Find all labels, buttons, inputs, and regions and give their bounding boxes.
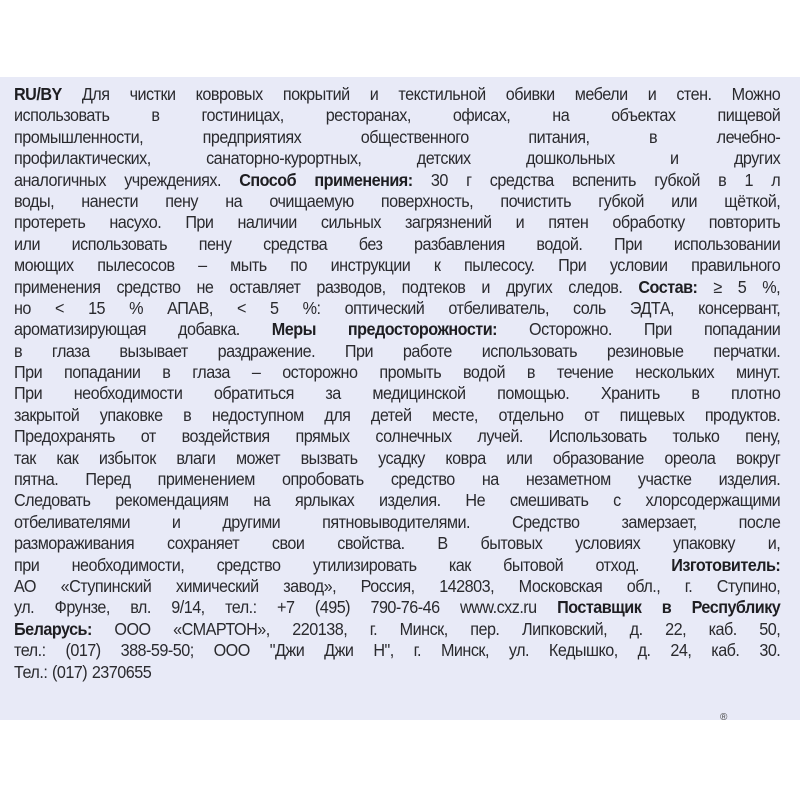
word: опробовать xyxy=(282,469,364,490)
word: Минск, xyxy=(441,640,489,661)
word: но xyxy=(14,298,31,319)
word: губкой xyxy=(598,191,644,212)
text-line: Принеобходимостиобратитьсязамедицинскойп… xyxy=(14,383,780,404)
word: попадании xyxy=(64,362,140,383)
word: 2370655 xyxy=(92,662,151,683)
word: 5 xyxy=(738,277,746,298)
word: 388-59-50; xyxy=(121,640,194,661)
word: использовать xyxy=(482,341,577,362)
word: Не xyxy=(465,490,485,511)
word: нанести xyxy=(81,191,138,212)
word: и xyxy=(516,212,525,233)
word: +7 xyxy=(277,597,294,618)
word: При xyxy=(644,319,672,340)
word: на xyxy=(552,105,569,126)
word: средство xyxy=(116,277,180,298)
word: щёткой, xyxy=(724,191,780,212)
word: лучей. xyxy=(477,426,522,447)
word: – xyxy=(198,255,206,276)
word: как xyxy=(449,555,471,576)
word: изделия. xyxy=(379,490,441,511)
word: условии xyxy=(610,255,668,276)
text-line: использоватьвгостиницах,ресторанах,офиса… xyxy=(14,105,780,126)
word: незаметном xyxy=(526,469,611,490)
text-line: закрытойупаковкевнедоступномдлядетеймест… xyxy=(14,405,780,426)
word: детских xyxy=(417,148,471,169)
word: и xyxy=(648,84,657,105)
word: использовать xyxy=(14,105,109,126)
word: необходимости xyxy=(74,383,183,404)
bold-heading-word: RU/BY xyxy=(14,84,62,105)
word: ≥ xyxy=(713,277,721,298)
word: размораживания xyxy=(14,533,134,554)
word: нескольких xyxy=(635,362,714,383)
text-line: аналогичныхучреждениях.Способприменения:… xyxy=(14,170,780,191)
text-line: таккакизбытоквлагиможетвызватьусадкуковр… xyxy=(14,448,780,469)
word: 1 xyxy=(745,170,753,191)
word: глаза xyxy=(192,362,230,383)
word: перчатки. xyxy=(713,341,780,362)
word: других xyxy=(506,277,552,298)
word: рекомендациям xyxy=(115,490,228,511)
word: свои xyxy=(272,533,304,554)
word: "Джи xyxy=(270,640,305,661)
word: бытовых xyxy=(481,533,543,554)
bold-heading-word: Беларусь: xyxy=(14,619,92,640)
word: (017) xyxy=(52,662,87,683)
word: по xyxy=(290,255,307,276)
word: средства xyxy=(490,170,554,191)
word: предприятиях xyxy=(203,127,302,148)
word: сохраняет xyxy=(167,533,239,554)
word: вл. xyxy=(130,597,151,618)
word: участке xyxy=(638,469,692,490)
word: водой xyxy=(463,362,505,383)
word: в xyxy=(649,127,657,148)
word: утилизировать xyxy=(313,555,417,576)
word: вспенить xyxy=(572,170,636,191)
word: ароматизирующая xyxy=(14,319,146,340)
label-text-block: RU/BYДлячисткиковровыхпокрытийитекстильн… xyxy=(14,84,780,683)
text-line: принеобходимости,средствоутилизироватька… xyxy=(14,555,780,576)
word: www.cxz.ru xyxy=(460,597,537,618)
word: после xyxy=(739,512,781,533)
word: завод», xyxy=(283,576,336,597)
word: использовании xyxy=(674,234,780,255)
word: 142803, xyxy=(439,576,494,597)
text-line: Тел.:(017)2370655 xyxy=(14,662,780,683)
text-line: моющихпылесосов–мытьпоинструкциикпылесос… xyxy=(14,255,780,276)
word: 50, xyxy=(759,619,780,640)
word: Можно xyxy=(732,84,781,105)
word: Хранить xyxy=(601,383,660,404)
word: Фрунзе, xyxy=(55,597,110,618)
word: сильных xyxy=(321,212,381,233)
word: Для xyxy=(82,84,110,105)
word: обивки xyxy=(506,84,555,105)
word: пену, xyxy=(745,426,780,447)
word: л xyxy=(771,170,780,191)
word: поверхность, xyxy=(381,191,473,212)
word: пищевых xyxy=(620,405,685,426)
word: объектах xyxy=(611,105,675,126)
word: г. xyxy=(370,619,377,640)
text-line: отбеливателямиидругимипятновыводителями.… xyxy=(14,512,780,533)
word: месте, xyxy=(432,405,478,426)
word: плотно xyxy=(731,383,780,404)
word: отход. xyxy=(595,555,638,576)
word: солнечных xyxy=(375,426,451,447)
word: только xyxy=(672,426,719,447)
word: и xyxy=(370,84,379,105)
word: (495) xyxy=(315,597,350,618)
word: пятна. xyxy=(14,469,58,490)
word: пену xyxy=(165,191,198,212)
bold-heading-word: Поставщик xyxy=(557,597,641,618)
word: При xyxy=(345,341,373,362)
word: При xyxy=(558,255,586,276)
word: 220138, xyxy=(292,619,347,640)
word: или xyxy=(14,234,40,255)
word: при xyxy=(14,555,39,576)
text-line: RU/BYДлячисткиковровыхпокрытийитекстильн… xyxy=(14,84,780,105)
text-line: промышленности,предприятияхобщественного… xyxy=(14,127,780,148)
word: подтеков xyxy=(402,277,466,298)
word: общественного xyxy=(361,127,469,148)
word: оптический xyxy=(345,298,425,319)
word: и xyxy=(172,512,181,533)
word: каб. xyxy=(711,640,739,661)
word: за xyxy=(325,383,340,404)
word: условиях xyxy=(575,533,640,554)
word: закрытой xyxy=(14,405,79,426)
word: бытовой xyxy=(503,555,563,576)
word: к xyxy=(434,255,441,276)
word: обл., xyxy=(627,576,660,597)
word: губкой xyxy=(654,170,700,191)
word: пер. xyxy=(470,619,499,640)
text-line: Предохранятьотвоздействияпрямыхсолнечных… xyxy=(14,426,780,447)
word: инструкции xyxy=(331,255,411,276)
word: ООО xyxy=(214,640,250,661)
word: без xyxy=(359,234,383,255)
word: с xyxy=(613,490,621,511)
word: пылесосу. xyxy=(464,255,535,276)
bold-heading-word: в xyxy=(662,597,671,618)
word: АПАВ, xyxy=(167,298,213,319)
word: отбеливателями xyxy=(14,512,130,533)
word: консервант, xyxy=(698,298,780,319)
word: обратиться xyxy=(214,383,294,404)
word: 15 xyxy=(88,298,105,319)
word: ковра xyxy=(445,448,485,469)
word: % xyxy=(129,298,143,319)
word: пятновыводителями. xyxy=(322,512,470,533)
word: Следовать xyxy=(14,490,90,511)
word: Перед xyxy=(85,469,130,490)
word: Тел.: xyxy=(14,662,47,683)
word: ярлыках xyxy=(295,490,354,511)
word: попадании xyxy=(704,319,780,340)
word: в xyxy=(183,405,191,426)
bold-heading-word: Республику xyxy=(692,597,781,618)
text-line: ароматизирующаядобавка.Мерыпредосторожно… xyxy=(14,319,780,340)
word: текстильной xyxy=(398,84,485,105)
word: отбеливатель, xyxy=(448,298,548,319)
word: Минск, xyxy=(400,619,448,640)
word: загрязнений xyxy=(405,212,492,233)
word: почистить xyxy=(500,191,571,212)
page-bottom-margin xyxy=(0,720,800,800)
text-line: профилактических,санаторно-курортных,дет… xyxy=(14,148,780,169)
word: г. xyxy=(685,576,692,597)
word: другими xyxy=(222,512,280,533)
word: Кедышко, xyxy=(549,640,618,661)
word: в xyxy=(162,362,170,383)
word: учреждениях. xyxy=(124,170,221,191)
word: в xyxy=(14,341,22,362)
word: Россия, xyxy=(361,576,415,597)
word: упаковке xyxy=(100,405,163,426)
word: медицинской xyxy=(372,383,465,404)
word: вызвать xyxy=(301,448,358,469)
word: %, xyxy=(762,277,780,298)
word: Н", xyxy=(373,640,393,661)
word: д. xyxy=(630,619,643,640)
word: пищевой xyxy=(717,105,780,126)
text-line: Следоватьрекомендациямнаярлыкахизделия.Н… xyxy=(14,490,780,511)
word: санаторно-курортных, xyxy=(206,148,361,169)
word: моющих xyxy=(14,255,74,276)
text-line: пятна.Передприменениемопробоватьсредство… xyxy=(14,469,780,490)
word: недоступном xyxy=(212,405,304,426)
word: ЭДТА, xyxy=(630,298,674,319)
text-line: протеретьнасухо.Приналичиисильныхзагрязн… xyxy=(14,212,780,233)
bold-heading-word: Меры xyxy=(272,319,316,340)
word: вокруг xyxy=(736,448,780,469)
word: очищаемую xyxy=(269,191,353,212)
bold-heading-word: Способ xyxy=(239,170,296,191)
word: минут. xyxy=(736,362,780,383)
word: В xyxy=(437,533,447,554)
word: мыть xyxy=(230,255,267,276)
word: наличии xyxy=(238,212,297,233)
word: разбавления xyxy=(414,234,505,255)
word: воды, xyxy=(14,191,54,212)
text-line: размораживаниясохраняетсвоисвойства.Вбыт… xyxy=(14,533,780,554)
word: добавка. xyxy=(178,319,240,340)
word: и, xyxy=(768,533,781,554)
word: каб. xyxy=(709,619,737,640)
word: ореола xyxy=(664,448,715,469)
word: на xyxy=(253,490,270,511)
word: необходимости, xyxy=(72,555,185,576)
word: в xyxy=(718,170,726,191)
word: обработку xyxy=(612,212,684,233)
word: раздражение. xyxy=(218,341,315,362)
word: помощью. xyxy=(497,383,569,404)
word: от xyxy=(584,405,599,426)
text-line: АО«Ступинскийхимическийзавод»,Россия,142… xyxy=(14,576,780,597)
word: изделия. xyxy=(719,469,781,490)
word: в xyxy=(151,105,159,126)
word: (017) xyxy=(65,640,100,661)
word: протереть xyxy=(14,212,85,233)
word: Липковский, xyxy=(522,619,607,640)
word: применения xyxy=(14,277,100,298)
word: – xyxy=(252,362,260,383)
word: Московская xyxy=(519,576,603,597)
word: работе xyxy=(403,341,452,362)
word: пятен xyxy=(548,212,588,233)
word: для xyxy=(324,405,350,426)
word: детей xyxy=(371,405,412,426)
word: свойства. xyxy=(337,533,404,554)
word: промыть xyxy=(379,362,441,383)
word: средство xyxy=(391,469,455,490)
word: 24, xyxy=(670,640,691,661)
word: или xyxy=(506,448,532,469)
word: глаза xyxy=(52,341,90,362)
word: воздействия xyxy=(182,426,270,447)
word: следов. xyxy=(568,277,622,298)
word: в xyxy=(527,362,535,383)
word: При xyxy=(14,362,42,383)
word: гостиницах, xyxy=(201,105,283,126)
word: 30. xyxy=(759,640,780,661)
word: чистки xyxy=(130,84,176,105)
word: смешивать xyxy=(510,490,588,511)
word: мебели xyxy=(575,84,628,105)
word: офисах, xyxy=(453,105,510,126)
word: образование xyxy=(553,448,644,469)
word: правильного xyxy=(691,255,780,276)
bold-heading-word: применения: xyxy=(314,170,412,191)
word: ул. xyxy=(509,640,529,661)
word: лечебно- xyxy=(717,127,781,148)
text-line: тел.:(017)388-59-50;ООО"ДжиДжиН",г.Минск… xyxy=(14,640,780,661)
word: стен. xyxy=(676,84,711,105)
word: водой. xyxy=(536,234,582,255)
word: применением xyxy=(158,469,255,490)
word: средство xyxy=(217,555,281,576)
text-line: ул.Фрунзе,вл.9/14,тел.:+7(495)790-76-46w… xyxy=(14,597,780,618)
word: АО xyxy=(14,576,36,597)
text-line: применениясредствонеоставляетразводов,по… xyxy=(14,277,780,298)
word: других xyxy=(734,148,780,169)
word: не xyxy=(196,277,213,298)
word: профилактических, xyxy=(14,148,151,169)
bold-heading-word: Состав: xyxy=(638,277,697,298)
word: 30 xyxy=(431,170,448,191)
word: аналогичных xyxy=(14,170,106,191)
word: от xyxy=(141,426,156,447)
word: химический xyxy=(176,576,259,597)
word: хлорсодержащими xyxy=(646,490,781,511)
word: ресторанах, xyxy=(326,105,411,126)
word: дошкольных xyxy=(526,148,615,169)
word: и xyxy=(481,277,490,298)
word: оставляет xyxy=(229,277,300,298)
word: резиновые xyxy=(607,341,684,362)
word: может xyxy=(236,448,280,469)
word: или xyxy=(671,191,697,212)
word: как xyxy=(56,448,78,469)
text-line: но<15%АПАВ,<5%:оптическийотбеливатель,со… xyxy=(14,298,780,319)
word: средства xyxy=(263,234,327,255)
bold-heading-word: Изготовитель: xyxy=(671,555,780,576)
word: покрытий xyxy=(283,84,350,105)
word: повторить xyxy=(709,212,780,233)
word: < xyxy=(55,298,64,319)
word: пену xyxy=(199,234,232,255)
text-line: илииспользоватьпенусредствабезразбавлени… xyxy=(14,234,780,255)
word: г xyxy=(466,170,471,191)
word: Предохранять xyxy=(14,426,115,447)
word: замерзает, xyxy=(621,512,696,533)
word: разводов, xyxy=(316,277,385,298)
word: избыток xyxy=(99,448,156,469)
word: Средство xyxy=(512,512,580,533)
word: так xyxy=(14,448,36,469)
word: течение xyxy=(557,362,613,383)
text-line: Беларусь:ООО«СМАРТОН»,220138,г.Минск,пер… xyxy=(14,619,780,640)
word: осторожно xyxy=(282,362,357,383)
word: влаги xyxy=(176,448,215,469)
word: 22, xyxy=(665,619,686,640)
word: насухо. xyxy=(109,212,161,233)
word: вызывает xyxy=(119,341,187,362)
word: При xyxy=(185,212,213,233)
word: тел.: xyxy=(225,597,257,618)
word: отдельно xyxy=(498,405,563,426)
word: промышленности, xyxy=(14,127,143,148)
word: Джи xyxy=(324,640,353,661)
word: питания, xyxy=(528,127,589,148)
word: < xyxy=(237,298,246,319)
word: 5 xyxy=(270,298,278,319)
word: %: xyxy=(303,298,321,319)
word: Использовать xyxy=(549,426,647,447)
word: и xyxy=(670,148,679,169)
word: г. xyxy=(414,640,421,661)
word: соль xyxy=(573,298,606,319)
word: При xyxy=(614,234,642,255)
word: на xyxy=(482,469,499,490)
word: ул. xyxy=(14,597,34,618)
word: тел.: xyxy=(14,640,46,661)
word: в xyxy=(691,383,699,404)
word: 9/14, xyxy=(171,597,204,618)
word: упаковку xyxy=(673,533,735,554)
word: использовать xyxy=(72,234,167,255)
word: продуктов. xyxy=(705,405,780,426)
word: д. xyxy=(638,640,651,661)
text-line: воды,нанестипенунаочищаемуюповерхность,п… xyxy=(14,191,780,212)
word: Осторожно. xyxy=(529,319,612,340)
word: Ступино, xyxy=(717,576,780,597)
word: пылесосов xyxy=(97,255,174,276)
word: ООО xyxy=(114,619,150,640)
word: ковровых xyxy=(196,84,263,105)
bold-heading-word: предосторожности: xyxy=(348,319,497,340)
word: «Ступинский xyxy=(61,576,152,597)
word: прямых xyxy=(295,426,349,447)
word: 790-76-46 xyxy=(370,597,439,618)
word: усадку xyxy=(378,448,425,469)
word: При xyxy=(14,383,42,404)
text-line: Припопаданиивглаза–осторожнопромытьводой… xyxy=(14,362,780,383)
